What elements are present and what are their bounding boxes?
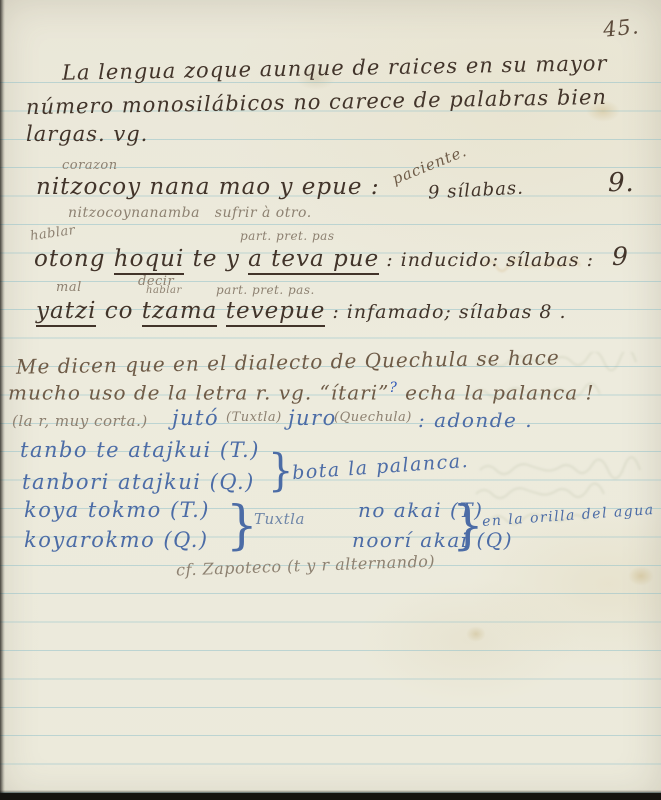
entry2-margin-gloss: hablar bbox=[29, 223, 76, 244]
entry3-gloss: : infamado; sílabas 8 . bbox=[325, 301, 566, 323]
entry2-seg1: otong bbox=[34, 246, 114, 272]
entry3-gloss-mal: mal bbox=[56, 280, 82, 295]
entry2-seg3: te y bbox=[184, 246, 248, 272]
manuscript-page: 45. La lengua zoque aunque de raices en … bbox=[0, 0, 661, 800]
quechula-line2a: mucho uso de la letra r. vg. “ítari” bbox=[8, 381, 389, 405]
koya-row: koya tokmo (T.) bbox=[24, 498, 210, 522]
bota-la-palanca-gloss: bota la palanca. bbox=[291, 450, 469, 484]
juto-pencil-note: (la r, muy corta.) bbox=[12, 412, 148, 430]
quechula-paragraph-line2: mucho uso de la letra r. vg. “ítari”? ec… bbox=[8, 380, 595, 405]
quechula-paragraph-line1: Me dicen que en el dialecto de Quechula … bbox=[16, 345, 560, 378]
juro-paren-quechula: (Quechula) bbox=[334, 410, 412, 425]
blue-question-mark: ? bbox=[389, 380, 398, 396]
cf-zapoteco-note: cf. Zapoteco (t y r alternando) bbox=[176, 551, 436, 579]
juto-gloss-adonde: : adonde . bbox=[418, 408, 533, 432]
entry1-pencil-variant: nitzocoynanamba sufrir à otro. bbox=[68, 205, 312, 221]
entry1-pencil-gloss: sufrir à otro. bbox=[215, 205, 312, 221]
juro-word: juro bbox=[288, 406, 337, 430]
entry3-seg2: co bbox=[96, 298, 141, 324]
entry1-main-word: nitzocoy nana mao y epue : bbox=[36, 174, 380, 200]
juto-paren-tuxtla: (Tuxtla) bbox=[226, 410, 282, 425]
paper-stain bbox=[466, 626, 486, 642]
intro-line-3: largas. vg. bbox=[26, 122, 148, 146]
entry2-seg2-underlined: hoqui bbox=[114, 246, 185, 275]
quechula-line2b: echa la palanca ! bbox=[398, 381, 595, 405]
entry2-gloss: : inducido: sílabas : bbox=[379, 249, 594, 271]
scan-edge-bottom bbox=[0, 793, 661, 800]
entry2-number: 9 bbox=[612, 242, 629, 271]
brace-tanbo: } bbox=[268, 446, 293, 497]
juto-word: jutó bbox=[172, 406, 219, 430]
entry3-seg4 bbox=[217, 298, 225, 324]
entry2-main-word: otong hoqui te y a teva pue : inducido: … bbox=[34, 246, 594, 272]
entry1-pencil-word: nitzocoynanamba bbox=[68, 205, 200, 221]
entry2-seg4-underlined: a teva pue bbox=[248, 246, 379, 275]
entry1-syllable-count: 9 sílabas. bbox=[428, 178, 525, 204]
orilla-gloss: en la orilla del agua bbox=[482, 502, 655, 530]
entry3-seg3-underlined: tzama bbox=[142, 298, 218, 327]
entry3-gloss-hablar: hablar bbox=[146, 285, 182, 296]
tuxtla-label: Tuxtla bbox=[254, 510, 305, 528]
noori-akai-row: noorí akai (Q) bbox=[352, 528, 513, 552]
brace-akai: } bbox=[452, 495, 484, 556]
entry1-number: 9. bbox=[608, 168, 635, 198]
entry3-seg5-underlined: tevepue bbox=[226, 298, 326, 327]
scan-edge-left bbox=[0, 0, 5, 800]
tanbo-row: tanbo te atajkui (T.) bbox=[20, 438, 260, 462]
intro-line-1: La lengua zoque aunque de raices en su m… bbox=[62, 51, 608, 85]
koyarokmo-row: koyarokmo (Q.) bbox=[24, 528, 209, 552]
entry1-gloss-corazon: corazon bbox=[62, 158, 118, 173]
paper-stain bbox=[628, 566, 654, 586]
tanbori-row: tanbori atajkui (Q.) bbox=[22, 470, 255, 494]
entry3-main-word: yatzi co tzama tevepue : infamado; sílab… bbox=[36, 298, 567, 324]
entry2-gloss-part-pret: part. pret. pas bbox=[240, 229, 335, 243]
intro-line-2: número monosilábicos no carece de palabr… bbox=[26, 85, 607, 119]
page-number: 45. bbox=[601, 14, 640, 42]
entry3-seg1-underlined: yatzi bbox=[36, 298, 96, 327]
entry3-gloss-part-pret: part. pret. pas. bbox=[216, 283, 315, 297]
